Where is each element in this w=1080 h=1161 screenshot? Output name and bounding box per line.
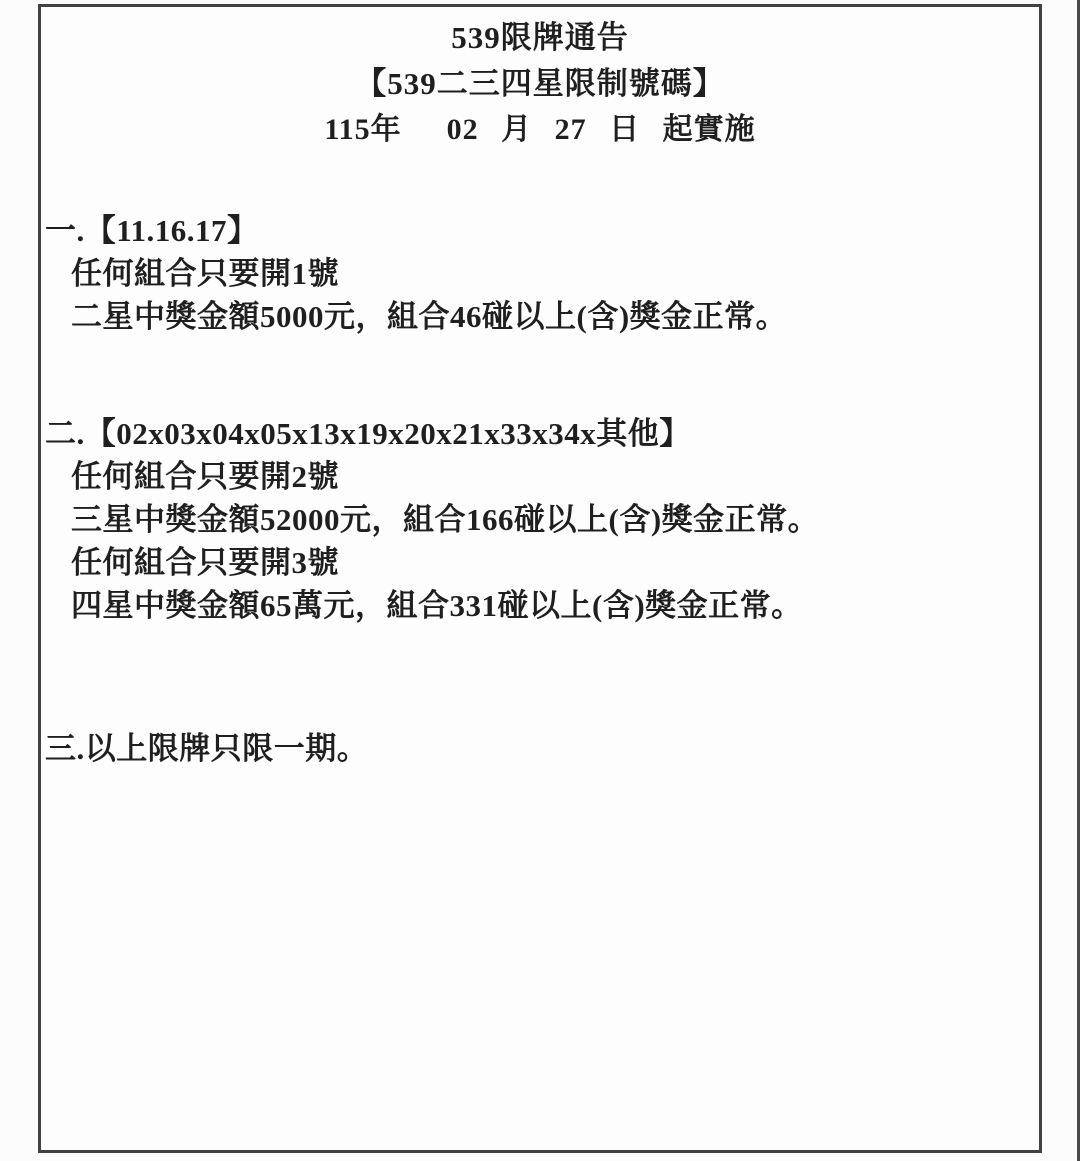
- section-2-line: 任何組合只要開2號: [45, 455, 1035, 498]
- section-1-title: 【11.16.17】: [85, 213, 259, 248]
- section-3-heading: 三.以上限牌只限一期。: [45, 727, 1035, 770]
- notice-header: 539限牌通告 【539二三四星限制號碼】 115年 02 月 27 日 起實施: [41, 15, 1039, 153]
- notice-subtitle: 【539二三四星限制號碼】: [41, 61, 1039, 107]
- section-2-heading: 二.【02x03x04x05x13x19x20x21x33x34x其他】: [45, 412, 1035, 455]
- section-3-index: 三.: [45, 731, 85, 766]
- section-2-line: 任何組合只要開3號: [45, 541, 1035, 584]
- section-2-line: 三星中獎金額52000元，組合166碰以上(含)獎金正常。: [45, 498, 1035, 541]
- notice-title: 539限牌通告: [41, 15, 1039, 61]
- notice-section-2: 二.【02x03x04x05x13x19x20x21x33x34x其他】 任何組…: [45, 412, 1035, 627]
- section-1-index: 一.: [45, 213, 85, 248]
- section-1-line: 二星中獎金額5000元，組合46碰以上(含)獎金正常。: [45, 295, 1035, 338]
- notice-section-3: 三.以上限牌只限一期。: [45, 727, 1035, 770]
- notice-effective-date: 115年 02 月 27 日 起實施: [41, 107, 1039, 153]
- section-3-title: 以上限牌只限一期。: [85, 731, 369, 766]
- notice-section-1: 一.【11.16.17】 任何組合只要開1號 二星中獎金額5000元，組合46碰…: [45, 209, 1035, 338]
- scanned-notice-page: 539限牌通告 【539二三四星限制號碼】 115年 02 月 27 日 起實施…: [0, 0, 1080, 1161]
- notice-document-border: 539限牌通告 【539二三四星限制號碼】 115年 02 月 27 日 起實施…: [38, 4, 1042, 1153]
- section-2-index: 二.: [45, 416, 85, 451]
- section-1-line: 任何組合只要開1號: [45, 252, 1035, 295]
- section-2-title: 【02x03x04x05x13x19x20x21x33x34x其他】: [85, 416, 691, 451]
- section-2-line: 四星中獎金額65萬元，組合331碰以上(含)獎金正常。: [45, 584, 1035, 627]
- section-1-heading: 一.【11.16.17】: [45, 209, 1035, 252]
